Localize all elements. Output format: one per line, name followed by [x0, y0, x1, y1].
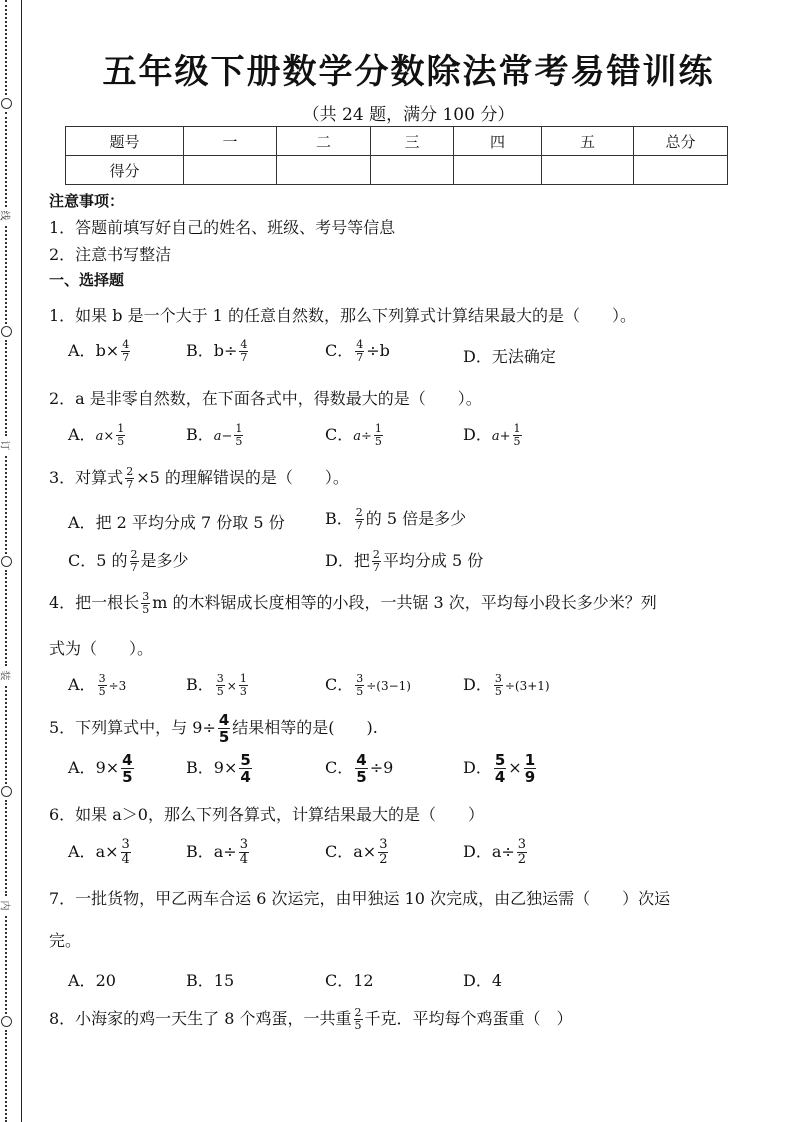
option-expr: a÷	[492, 842, 515, 861]
fraction: 25	[354, 1007, 363, 1032]
denominator: 7	[356, 352, 363, 364]
option-text: 4	[492, 971, 502, 990]
score-input-cell[interactable]	[277, 156, 371, 185]
denominator: 7	[131, 562, 138, 574]
option-label: C．	[325, 842, 353, 861]
numerator: 5	[239, 752, 251, 769]
note-item: 1．答题前填写好自己的姓名、班级、考号等信息	[49, 215, 395, 238]
option-expr: b×	[96, 341, 120, 360]
header-cell: 四	[454, 127, 542, 156]
option-expr: ÷9	[370, 758, 394, 777]
option-text: 无法确定	[492, 347, 556, 366]
denominator: 9	[525, 769, 535, 785]
option-text: 15	[214, 971, 234, 990]
dotted-line	[5, 800, 10, 896]
fraction: 35	[216, 673, 225, 698]
question-3-option-b[interactable]: B．27的 5 倍是多少	[325, 506, 466, 532]
denominator: 5	[375, 436, 382, 448]
question-7-option-d[interactable]: D．4	[463, 968, 502, 991]
numerator: 1	[524, 752, 536, 769]
header-cell: 二	[277, 127, 371, 156]
margin-char-nei: 内	[0, 900, 14, 912]
stem-text: 结果相等的是( ).	[232, 718, 378, 737]
circle-icon	[1, 1016, 12, 1027]
question-1-stem: 1．如果 b 是一个大于 1 的任意自然数，那么下列算式计算结果最大的是（ ）。	[49, 303, 636, 326]
score-table-header-row: 题号 一 二 三 四 五 总分	[66, 127, 728, 156]
question-2-option-b[interactable]: B．a−15	[186, 422, 245, 448]
fraction: 19	[524, 752, 536, 785]
fraction: 15	[374, 423, 383, 448]
option-expr: 9×	[214, 758, 238, 777]
stem-text: 8．小海家的鸡一天生了 8 个鸡蛋，一共重	[49, 1009, 352, 1028]
question-5-option-b[interactable]: B．9×54	[186, 752, 254, 785]
option-label: B．	[186, 425, 214, 444]
option-label: D．	[463, 425, 492, 444]
question-5-option-a[interactable]: A．9×45	[68, 752, 136, 785]
stem-text: 千克．平均每个鸡蛋重（ ）	[365, 1009, 573, 1028]
option-label: B．	[186, 842, 214, 861]
option-label: D．	[463, 758, 492, 777]
fraction: 13	[239, 673, 248, 698]
denominator: 5	[99, 686, 106, 698]
header-cell: 总分	[634, 127, 728, 156]
fraction: 45	[121, 752, 133, 785]
numerator: 3	[121, 838, 131, 853]
notes-heading: 注意事项：	[49, 190, 124, 211]
option-expr: ÷(3+1)	[505, 679, 550, 693]
option-expr: ÷3	[109, 679, 127, 693]
fraction: 47	[355, 339, 364, 364]
denominator: 4	[495, 769, 505, 785]
fraction: 15	[513, 423, 522, 448]
stem-text: 4．把一根长	[49, 593, 139, 612]
stem-text: m 的木料锯成长度相等的小段，一共锯 3 次，平均每小段长多少米？列	[152, 593, 657, 612]
option-label: A．	[68, 675, 96, 694]
question-3-stem: 3．对算式27×5 的理解错误的是（ ）。	[49, 465, 349, 491]
score-label-cell: 得分	[66, 156, 184, 185]
page-title: 五年级下册数学分数除法常考易错训练	[0, 44, 793, 93]
binding-line	[21, 0, 22, 1122]
denominator: 5	[355, 1020, 362, 1032]
option-label: A．	[68, 341, 96, 360]
question-8-stem: 8．小海家的鸡一天生了 8 个鸡蛋，一共重25千克．平均每个鸡蛋重（ ）	[49, 1006, 573, 1032]
question-3-option-c[interactable]: C．5 的27是多少	[68, 548, 189, 574]
denominator: 2	[379, 853, 387, 867]
option-label: A．	[68, 758, 96, 777]
option-text: 12	[353, 971, 373, 990]
numerator: 3	[378, 838, 388, 853]
denominator: 5	[235, 436, 242, 448]
fraction: 27	[125, 466, 134, 491]
option-label: A．	[68, 842, 96, 861]
denominator: 5	[117, 436, 124, 448]
fraction: 54	[239, 752, 251, 785]
numerator: 4	[355, 752, 367, 769]
option-text: 的 5 倍是多少	[366, 509, 466, 528]
option-expr: b÷	[214, 341, 238, 360]
fraction: 27	[372, 549, 381, 574]
option-expr: a×	[96, 842, 119, 861]
question-5-stem: 5．下列算式中，与 9÷45结果相等的是( ).	[49, 712, 378, 745]
option-expr: a−	[214, 429, 233, 444]
numerator: 5	[494, 752, 506, 769]
question-3-option-a[interactable]: A．把 2 平均分成 7 份取 5 份	[68, 510, 285, 533]
dotted-line	[5, 456, 10, 554]
dotted-line	[5, 686, 10, 784]
page-subtitle: （共 24 题，满分 100 分）	[0, 100, 793, 125]
option-label: C．	[325, 758, 353, 777]
question-3-option-d[interactable]: D．把27平均分成 5 份	[325, 548, 483, 574]
margin-char-xian: 线	[0, 210, 14, 222]
note-item: 2．注意书写整洁	[49, 242, 171, 265]
numerator: 4	[121, 752, 133, 769]
option-expr: ×	[508, 758, 521, 777]
question-1-option-b[interactable]: B．b÷47	[186, 338, 250, 364]
question-4-stem: 4．把一根长35m 的木料锯成长度相等的小段，一共锯 3 次，平均每小段长多少米…	[49, 590, 657, 616]
denominator: 7	[122, 352, 129, 364]
header-cell: 三	[371, 127, 454, 156]
option-text: 20	[96, 971, 116, 990]
question-6-option-d[interactable]: D．a÷32	[463, 838, 529, 867]
option-label: C．	[325, 425, 353, 444]
denominator: 5	[514, 436, 521, 448]
option-label: D．	[463, 842, 492, 861]
option-label: C．	[68, 551, 96, 570]
option-label: B．	[186, 675, 214, 694]
dotted-line	[5, 340, 10, 436]
fraction: 34	[121, 838, 131, 867]
header-cell: 一	[184, 127, 277, 156]
fraction: 35	[355, 673, 364, 698]
fraction: 35	[494, 673, 503, 698]
numerator: 4	[218, 712, 230, 729]
denominator: 5	[142, 604, 149, 616]
header-cell: 题号	[66, 127, 184, 156]
fraction: 47	[239, 339, 248, 364]
question-2-option-d[interactable]: D．a+15	[463, 422, 524, 448]
denominator: 5	[219, 729, 229, 745]
denominator: 4	[240, 769, 250, 785]
fraction: 45	[355, 752, 367, 785]
fraction: 35	[98, 673, 107, 698]
section-heading: 一、选择题	[49, 269, 124, 290]
fraction: 15	[234, 423, 243, 448]
fraction: 32	[517, 838, 527, 867]
dotted-line	[5, 226, 10, 324]
option-label: C．	[325, 675, 353, 694]
question-5-option-c[interactable]: C．45÷9	[325, 752, 393, 785]
fraction: 27	[355, 507, 364, 532]
option-text: 5 的	[96, 551, 127, 570]
option-expr: a×	[96, 429, 115, 444]
option-label: D．	[325, 551, 354, 570]
question-7-option-a[interactable]: A．20	[68, 968, 116, 991]
binding-margin: 线 订 装 内	[0, 0, 21, 1122]
score-input-cell[interactable]	[454, 156, 542, 185]
question-4-stem-cont: 式为（ ）。	[49, 636, 153, 659]
question-7-stem-cont: 完。	[49, 928, 81, 951]
question-2-option-a[interactable]: A．a×15	[68, 422, 127, 448]
score-table: 题号 一 二 三 四 五 总分 得分	[65, 126, 728, 185]
denominator: 7	[356, 520, 363, 532]
question-6-option-b[interactable]: B．a÷34	[186, 838, 251, 867]
question-4-option-c[interactable]: C．35÷(3−1)	[325, 672, 411, 698]
question-6-option-a[interactable]: A．a×34	[68, 838, 133, 867]
option-text: 是多少	[141, 551, 189, 570]
denominator: 5	[356, 686, 363, 698]
option-expr: ×	[227, 679, 237, 693]
numerator: 3	[517, 838, 527, 853]
fraction: 54	[494, 752, 506, 785]
fraction: 47	[121, 339, 130, 364]
score-table-score-row: 得分	[66, 156, 728, 185]
denominator: 4	[240, 853, 248, 867]
question-1-option-c[interactable]: C．47÷b	[325, 338, 390, 364]
option-expr: a×	[353, 842, 376, 861]
question-4-option-d[interactable]: D．35÷(3+1)	[463, 672, 550, 698]
denominator: 4	[122, 853, 130, 867]
denominator: 2	[518, 853, 526, 867]
question-4-option-a[interactable]: A．35÷3	[68, 672, 126, 698]
fraction: 15	[116, 423, 125, 448]
option-label: D．	[463, 971, 492, 990]
numerator: 3	[239, 838, 249, 853]
option-label: A．	[68, 513, 96, 532]
margin-char-zhuang: 装	[0, 670, 14, 682]
stem-text: ×5 的理解错误的是（ ）。	[136, 468, 349, 487]
fraction: 27	[130, 549, 139, 574]
question-7-option-b[interactable]: B．15	[186, 968, 234, 991]
score-input-cell[interactable]	[371, 156, 454, 185]
circle-icon	[1, 786, 12, 797]
question-7-stem: 7．一批货物，甲乙两车合运 6 次运完，由甲独运 10 次完成，由乙独运需（ ）…	[49, 886, 670, 909]
question-2-stem: 2．a 是非零自然数，在下面各式中，得数最大的是（ ）。	[49, 386, 482, 409]
option-text: 把	[354, 551, 370, 570]
option-label: C．	[325, 971, 353, 990]
option-label: B．	[325, 509, 353, 528]
stem-text: 5．下列算式中，与 9÷	[49, 718, 216, 737]
option-label: D．	[463, 675, 492, 694]
option-expr: ÷(3−1)	[366, 679, 411, 693]
denominator: 5	[356, 769, 366, 785]
option-text: 把 2 平均分成 7 份取 5 份	[96, 513, 285, 532]
question-2-option-c[interactable]: C．a÷15	[325, 422, 385, 448]
option-label: A．	[68, 971, 96, 990]
dotted-line	[5, 570, 10, 666]
option-label: A．	[68, 425, 96, 444]
denominator: 7	[240, 352, 247, 364]
option-label: D．	[463, 347, 492, 366]
option-text: 平均分成 5 份	[383, 551, 483, 570]
denominator: 7	[126, 479, 133, 491]
fraction: 34	[239, 838, 249, 867]
option-label: C．	[325, 341, 353, 360]
question-6-stem: 6．如果 a＞0，那么下列各算式，计算结果最大的是（ ）	[49, 802, 484, 825]
denominator: 5	[122, 769, 132, 785]
option-expr: a÷	[353, 429, 372, 444]
circle-icon	[1, 556, 12, 567]
question-5-option-d[interactable]: D．54×19	[463, 752, 538, 785]
denominator: 5	[495, 686, 502, 698]
question-4-option-b[interactable]: B．35×13	[186, 672, 250, 698]
score-input-cell[interactable]	[542, 156, 634, 185]
denominator: 3	[240, 686, 247, 698]
fraction: 45	[218, 712, 230, 745]
option-label: B．	[186, 971, 214, 990]
option-label: B．	[186, 341, 214, 360]
question-6-option-c[interactable]: C．a×32	[325, 838, 390, 867]
score-input-cell[interactable]	[184, 156, 277, 185]
score-input-cell[interactable]	[634, 156, 728, 185]
dotted-line	[5, 1030, 10, 1122]
margin-char-ding: 订	[0, 440, 14, 452]
denominator: 7	[373, 562, 380, 574]
dotted-line	[5, 916, 10, 1014]
header-cell: 五	[542, 127, 634, 156]
stem-text: 3．对算式	[49, 468, 123, 487]
circle-icon	[1, 326, 12, 337]
dotted-line	[5, 112, 10, 207]
option-expr: a+	[492, 429, 511, 444]
option-expr: a÷	[214, 842, 237, 861]
question-7-option-c[interactable]: C．12	[325, 968, 374, 991]
question-1-option-a[interactable]: A．b×47	[68, 338, 132, 364]
question-1-option-d[interactable]: D．无法确定	[463, 344, 556, 367]
denominator: 5	[217, 686, 224, 698]
fraction: 32	[378, 838, 388, 867]
option-expr: ÷b	[366, 341, 390, 360]
option-label: B．	[186, 758, 214, 777]
fraction: 35	[141, 591, 150, 616]
option-expr: 9×	[96, 758, 120, 777]
